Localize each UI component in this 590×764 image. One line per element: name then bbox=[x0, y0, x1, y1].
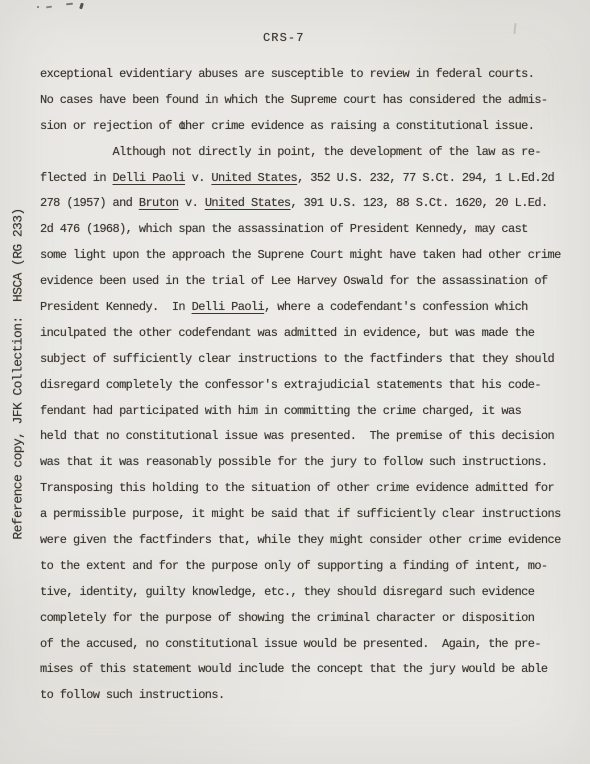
text-line: were given the factfinders that, while t… bbox=[40, 528, 575, 554]
text-line: fendant had participated with him in com… bbox=[40, 399, 575, 425]
smudge-mark bbox=[513, 23, 516, 34]
archive-reference-stamp: Reference copy, JFK Collection: HSCA (RG… bbox=[11, 208, 26, 539]
text-line: was that it was reasonably possible for … bbox=[40, 450, 575, 476]
pen-mark bbox=[37, 6, 39, 8]
text-line: sion or rejection of oher crime evidence… bbox=[40, 114, 575, 140]
text-line: subject of sufficiently clear instructio… bbox=[40, 347, 575, 373]
text-line: Although not directly in point, the deve… bbox=[40, 140, 575, 166]
text-line: to follow such instructions. bbox=[40, 683, 575, 709]
text-line: President Kennedy. In Delli Paoli, where… bbox=[40, 295, 575, 321]
text-line: flected in Delli Paoli v. United States,… bbox=[40, 166, 575, 192]
text-line: completely for the purpose of showing th… bbox=[40, 606, 575, 632]
pen-mark bbox=[79, 3, 84, 10]
text-line: held that no constitutional issue was pr… bbox=[40, 424, 575, 450]
pen-mark bbox=[46, 6, 52, 9]
text-line: a permissible purpose, it might be said … bbox=[40, 502, 575, 528]
text-line: 2d 476 (1968), which span the assassinat… bbox=[40, 217, 575, 243]
page-number-header: CRS-7 bbox=[263, 31, 305, 45]
text-line: Transposing this holding to the situatio… bbox=[40, 476, 575, 502]
pen-mark bbox=[66, 3, 73, 6]
document-body: exceptional evidentiary abuses are susce… bbox=[40, 62, 575, 709]
text-line: No cases have been found in which the Su… bbox=[40, 88, 575, 114]
scanned-document-page: CRS-7 Reference copy, JFK Collection: HS… bbox=[0, 0, 590, 764]
text-line: 278 (1957) and Bruton v. United States, … bbox=[40, 191, 575, 217]
text-line: inculpated the other codefendant was adm… bbox=[40, 321, 575, 347]
text-line: some light upon the approach the Suprene… bbox=[40, 243, 575, 269]
text-line: to the extent and for the purpose only o… bbox=[40, 554, 575, 580]
text-line: of the accused, no constitutional issue … bbox=[40, 632, 575, 658]
text-line: evidence been used in the trial of Lee H… bbox=[40, 269, 575, 295]
text-line: tive, identity, guilty knowledge, etc., … bbox=[40, 580, 575, 606]
text-line: exceptional evidentiary abuses are susce… bbox=[40, 62, 575, 88]
text-line: mises of this statement would include th… bbox=[40, 657, 575, 683]
text-line: disregard completely the confessor's ext… bbox=[40, 373, 575, 399]
